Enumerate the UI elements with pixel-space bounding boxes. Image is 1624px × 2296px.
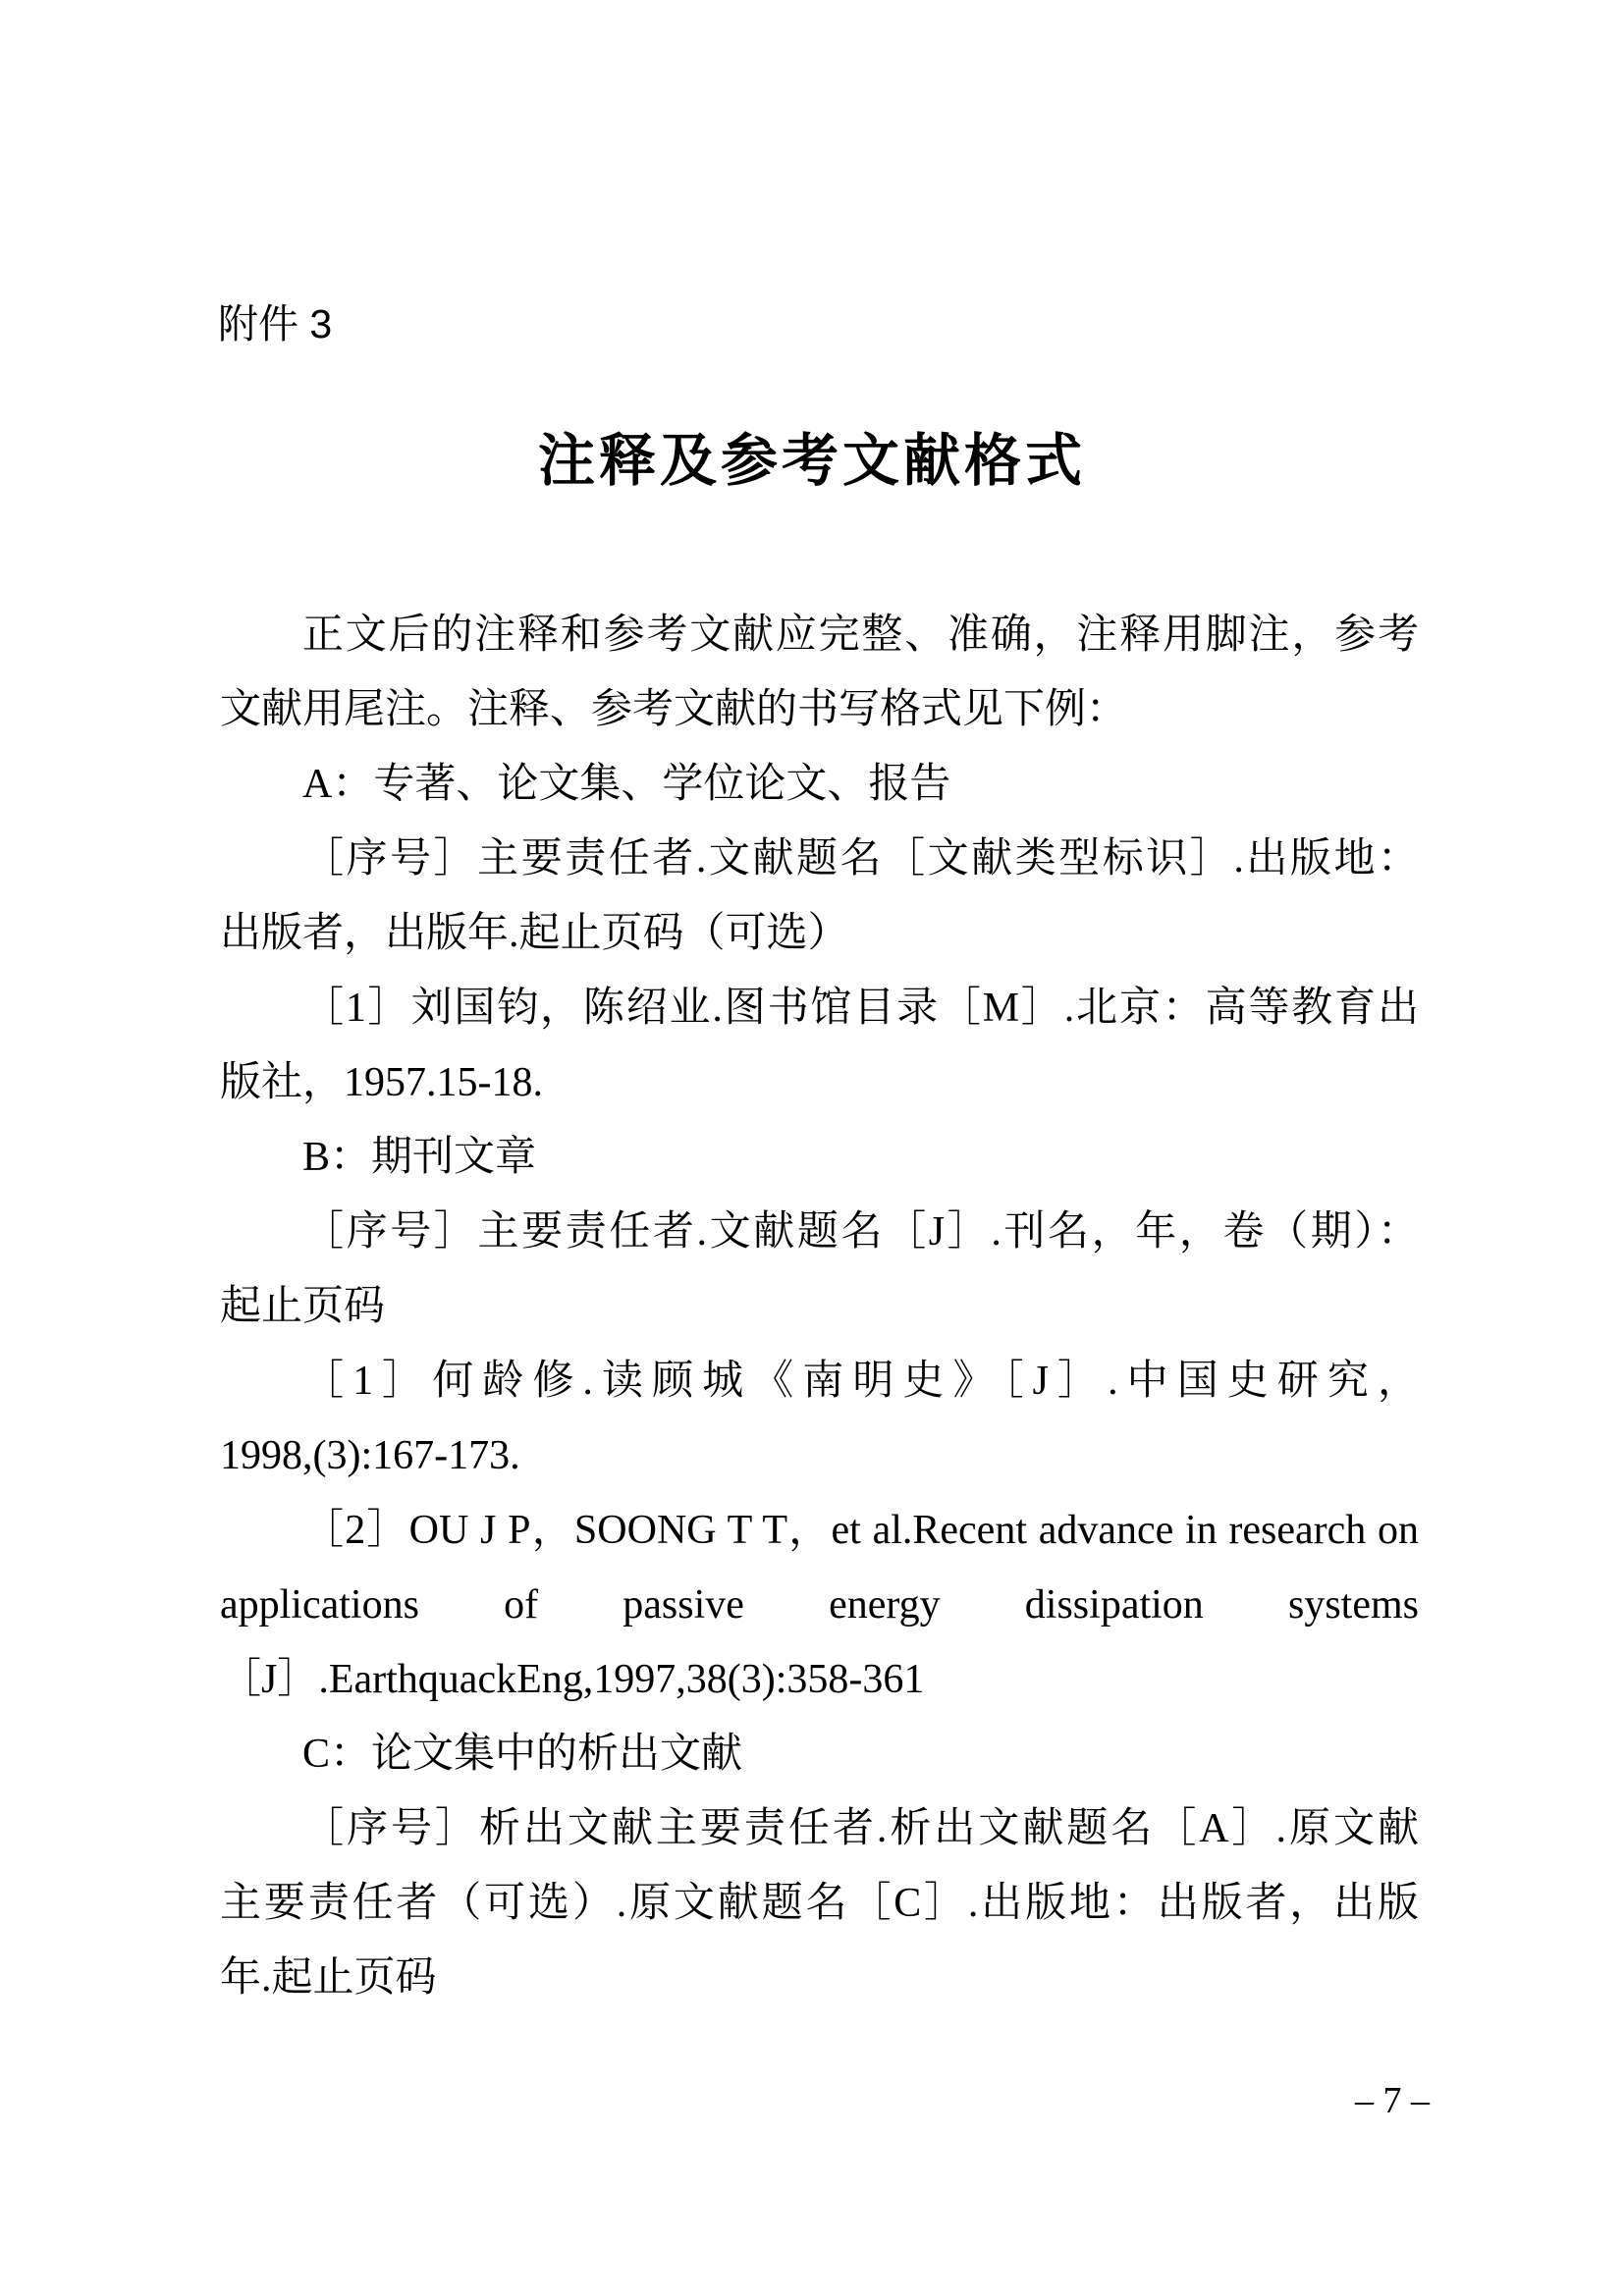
text-line: ［序号］析出文献主要责任者.析出文献题名［A］.原文献 (220, 1791, 1419, 1866)
text-line: 起止页码 (220, 1269, 1419, 1344)
text-line: 出版者，出版年.起止页码（可选） (220, 896, 1419, 971)
text-line: 主要责任者（可选）.原文献题名［C］.出版地：出版者，出版 (220, 1866, 1419, 1941)
document-body: 正文后的注释和参考文献应完整、准确，注释用脚注，参考 文献用尾注。注释、参考文献… (220, 598, 1419, 2015)
page-number: – 7 – (1355, 2079, 1430, 2124)
text-line: ［1］何龄修.读顾城《南明史》［J］.中国史研究， (220, 1344, 1419, 1418)
text-line: ［序号］主要责任者.文献题名［J］.刊名，年，卷（期）： (220, 1195, 1419, 1269)
text-line: A：专著、论文集、学位论文、报告 (220, 747, 1419, 822)
text-line: ［J］.EarthquackEng,1997,38(3):358-361 (220, 1642, 1419, 1717)
text-line: applications of passive energy dissipati… (220, 1568, 1419, 1642)
text-line: ［1］刘国钧，陈绍业.图书馆目录［M］.北京：高等教育出 (220, 971, 1419, 1045)
attachment-label: 附件 3 (218, 302, 332, 347)
text-line: 正文后的注释和参考文献应完整、准确，注释用脚注，参考 (220, 598, 1419, 672)
text-line: ［序号］主要责任者.文献题名［文献类型标识］.出版地： (220, 822, 1419, 896)
text-line: 年.起止页码 (220, 1941, 1419, 2015)
text-line: 1998,(3):167-173. (220, 1418, 1419, 1493)
page-title: 注释及参考文献格式 (0, 430, 1624, 493)
text-line: 文献用尾注。注释、参考文献的书写格式见下例： (220, 672, 1419, 747)
document-page: 附件 3 注释及参考文献格式 正文后的注释和参考文献应完整、准确，注释用脚注，参… (0, 0, 1624, 2296)
text-line: 版社，1957.15-18. (220, 1045, 1419, 1120)
text-line: ［2］OU J P，SOONG T T，et al.Recent advance… (220, 1493, 1419, 1568)
text-line: B：期刊文章 (220, 1120, 1419, 1195)
text-line: C：论文集中的析出文献 (220, 1717, 1419, 1791)
